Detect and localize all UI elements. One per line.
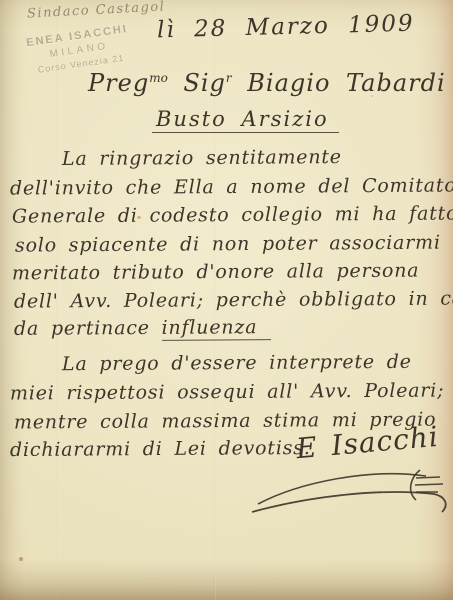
foxing-spot [19, 557, 23, 561]
salutation-abbrev: Preg [88, 69, 149, 97]
body-line: dell'invito che Ella a nome del Comitato [10, 174, 453, 199]
underlined-word-influenza: influenza [162, 316, 272, 341]
body-line: Generale di codesto collegio mi ha fatto… [12, 202, 453, 227]
body-line: miei rispettosi ossequi all' Avv. Polear… [10, 379, 444, 404]
body-line: La prego d'essere interprete de [62, 351, 412, 375]
recipient-city: Busto Arsizio [152, 107, 339, 133]
body-line: da pertinace influenza [14, 316, 271, 340]
body-line: La ringrazio sentitamente [62, 146, 342, 170]
recipient-name: Biagio Tabardi [232, 69, 446, 97]
signature-flourish [250, 452, 453, 520]
pencil-annotation: Sindaco Castagol [27, 0, 166, 22]
dateline: lì 28 Marzo 1909 [157, 11, 415, 44]
recipient-line: Pregmo Sigr Biagio Tabardi [88, 69, 446, 97]
body-line: solo spiacente di non poter associarmi a… [15, 231, 453, 256]
salutation-superscript: mo [149, 71, 168, 85]
body-line: dichiararmi di Lei devotiss. [10, 437, 311, 461]
body-line: meritato tributo d'onore alla persona [12, 260, 420, 285]
letter-page: Sindaco Castagol ENEA ISACCHI MILANO Cor… [0, 0, 453, 600]
salutation-title: Sig [168, 69, 226, 97]
body-line: dell' Avv. Poleari; perchè obbligato in … [14, 287, 453, 312]
body-line-fragment: da pertinace [14, 317, 162, 340]
